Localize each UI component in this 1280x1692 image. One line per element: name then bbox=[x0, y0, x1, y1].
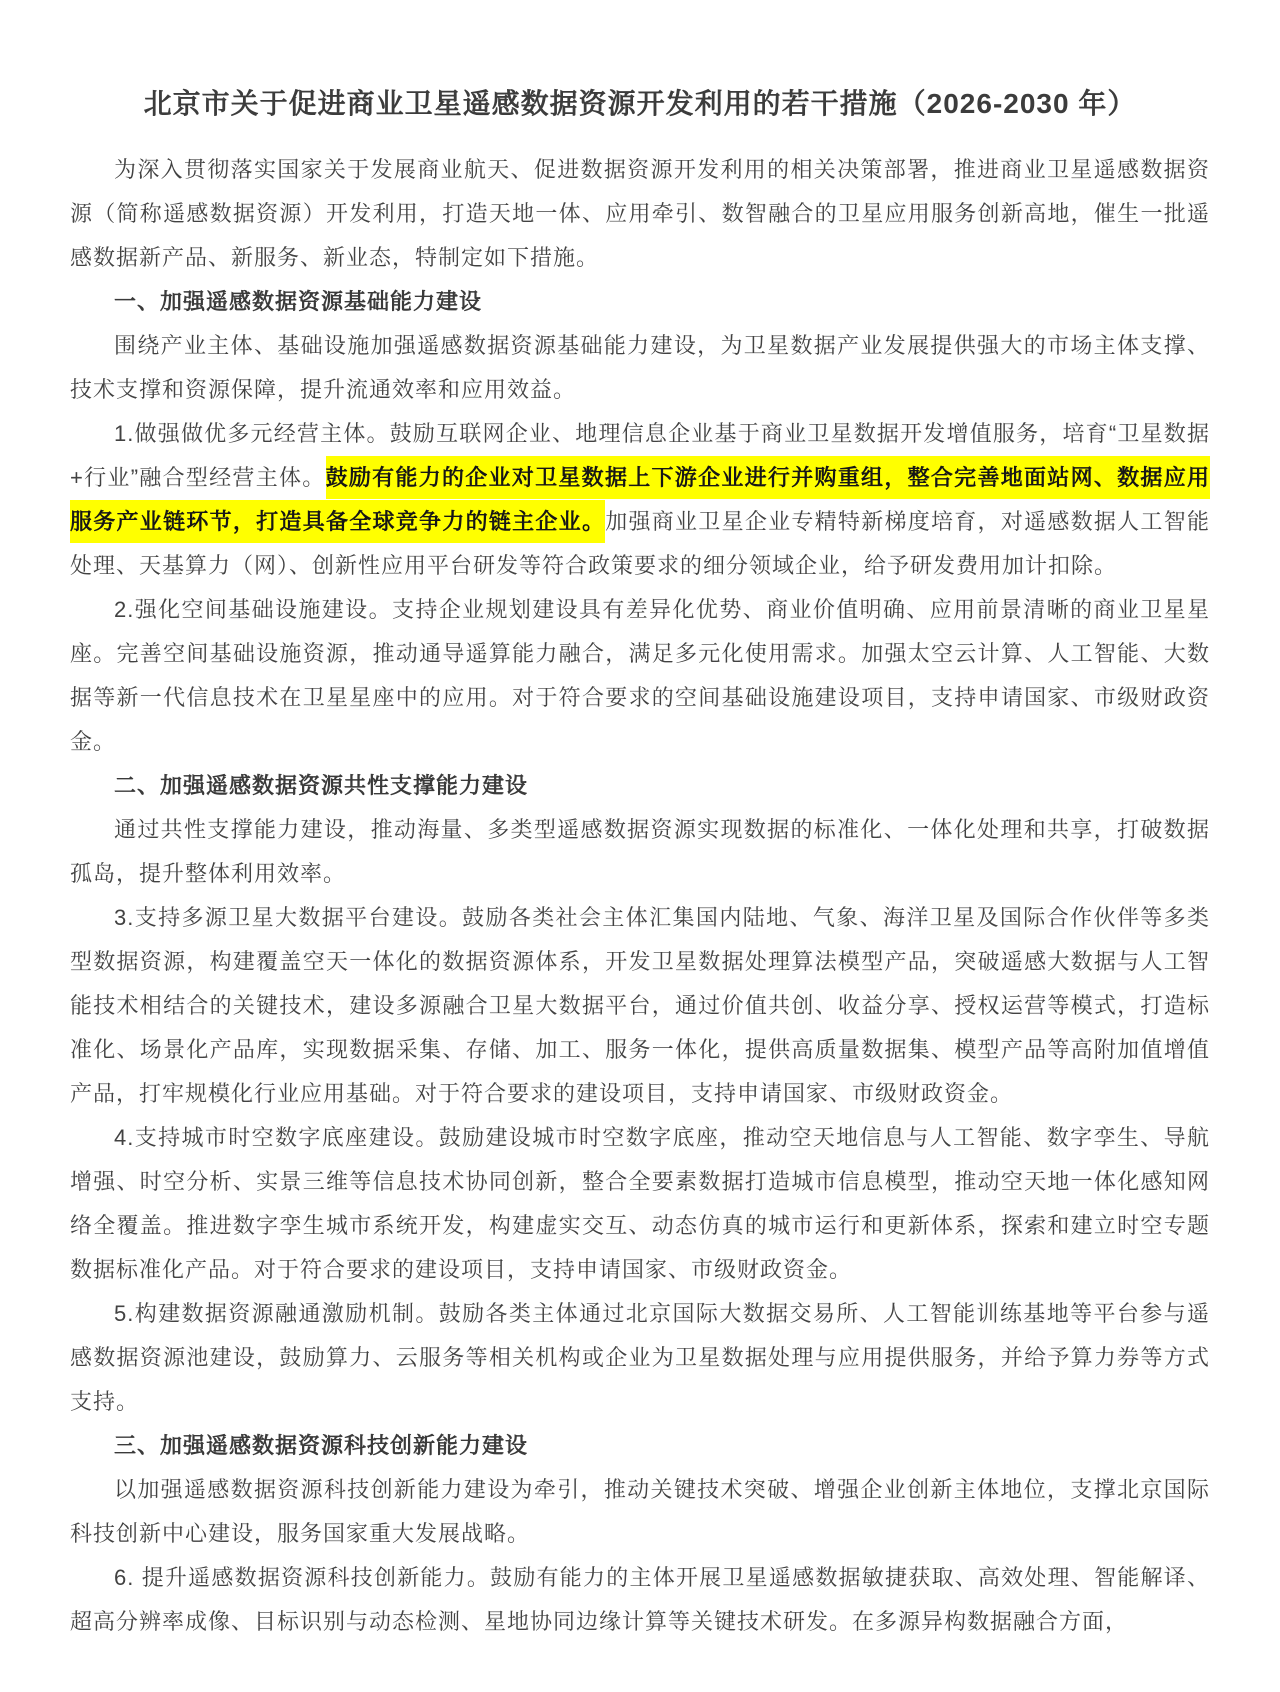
paragraph: 6. 提升遥感数据资源科技创新能力。鼓励有能力的主体开展卫星遥感数据敏捷获取、高… bbox=[70, 1556, 1210, 1644]
text-run: 4.支持城市时空数字底座建设。鼓励建设城市时空数字底座，推动空天地信息与人工智能… bbox=[70, 1125, 1210, 1282]
text-run: 二、加强遥感数据资源共性支撑能力建设 bbox=[114, 773, 528, 798]
paragraph: 以加强遥感数据资源科技创新能力建设为牵引，推动关键技术突破、增强企业创新主体地位… bbox=[70, 1468, 1210, 1556]
paragraph: 4.支持城市时空数字底座建设。鼓励建设城市时空数字底座，推动空天地信息与人工智能… bbox=[70, 1116, 1210, 1292]
document-page: 北京市关于促进商业卫星遥感数据资源开发利用的若干措施（2026-2030 年） … bbox=[0, 0, 1280, 1692]
paragraph: 围绕产业主体、基础设施加强遥感数据资源基础能力建设，为卫星数据产业发展提供强大的… bbox=[70, 324, 1210, 412]
section-heading: 一、加强遥感数据资源基础能力建设 bbox=[70, 280, 1210, 324]
section-heading: 二、加强遥感数据资源共性支撑能力建设 bbox=[70, 764, 1210, 808]
paragraph: 5.构建数据资源融通激励机制。鼓励各类主体通过北京国际大数据交易所、人工智能训练… bbox=[70, 1292, 1210, 1424]
section-heading: 三、加强遥感数据资源科技创新能力建设 bbox=[70, 1424, 1210, 1468]
text-run: 3.支持多源卫星大数据平台建设。鼓励各类社会主体汇集国内陆地、气象、海洋卫星及国… bbox=[70, 905, 1210, 1106]
text-run: 以加强遥感数据资源科技创新能力建设为牵引，推动关键技术突破、增强企业创新主体地位… bbox=[70, 1477, 1210, 1546]
text-run: 2.强化空间基础设施建设。支持企业规划建设具有差异化优势、商业价值明确、应用前景… bbox=[70, 597, 1210, 754]
document-body: 为深入贯彻落实国家关于发展商业航天、促进数据资源开发利用的相关决策部署，推进商业… bbox=[70, 148, 1210, 1644]
text-run: 5.构建数据资源融通激励机制。鼓励各类主体通过北京国际大数据交易所、人工智能训练… bbox=[70, 1301, 1210, 1414]
paragraph: 为深入贯彻落实国家关于发展商业航天、促进数据资源开发利用的相关决策部署，推进商业… bbox=[70, 148, 1210, 280]
text-run: 通过共性支撑能力建设，推动海量、多类型遥感数据资源实现数据的标准化、一体化处理和… bbox=[70, 817, 1210, 886]
text-run: 一、加强遥感数据资源基础能力建设 bbox=[114, 289, 482, 314]
text-run: 围绕产业主体、基础设施加强遥感数据资源基础能力建设，为卫星数据产业发展提供强大的… bbox=[70, 333, 1210, 402]
text-run: 为深入贯彻落实国家关于发展商业航天、促进数据资源开发利用的相关决策部署，推进商业… bbox=[70, 157, 1210, 270]
paragraph: 通过共性支撑能力建设，推动海量、多类型遥感数据资源实现数据的标准化、一体化处理和… bbox=[70, 808, 1210, 896]
paragraph: 3.支持多源卫星大数据平台建设。鼓励各类社会主体汇集国内陆地、气象、海洋卫星及国… bbox=[70, 896, 1210, 1116]
text-run: 三、加强遥感数据资源科技创新能力建设 bbox=[114, 1433, 528, 1458]
paragraph: 1.做强做优多元经营主体。鼓励互联网企业、地理信息企业基于商业卫星数据开发增值服… bbox=[70, 412, 1210, 588]
paragraph: 2.强化空间基础设施建设。支持企业规划建设具有差异化优势、商业价值明确、应用前景… bbox=[70, 588, 1210, 764]
text-run: 6. 提升遥感数据资源科技创新能力。鼓励有能力的主体开展卫星遥感数据敏捷获取、高… bbox=[70, 1565, 1210, 1634]
document-title: 北京市关于促进商业卫星遥感数据资源开发利用的若干措施（2026-2030 年） bbox=[70, 84, 1210, 124]
